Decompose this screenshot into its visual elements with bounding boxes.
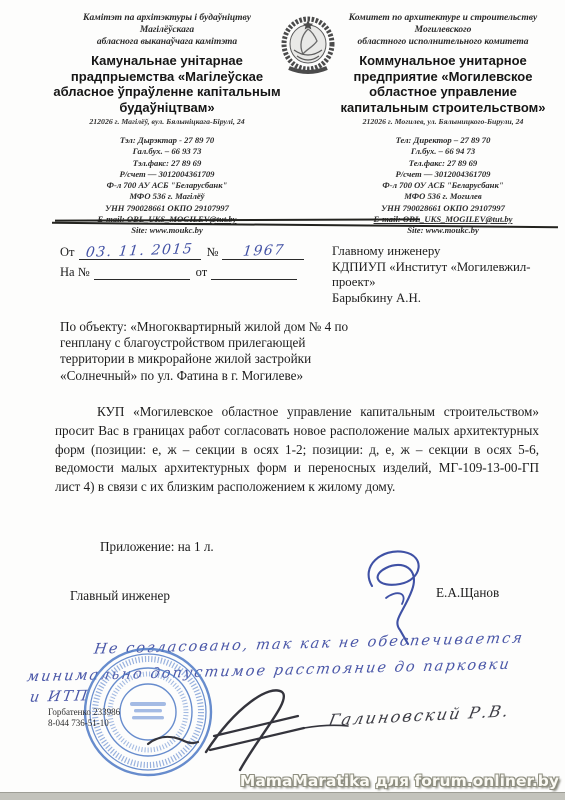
contact-line: МФО 536 г. Магілёў [52, 191, 282, 202]
forum-watermark: MamaMaratika для forum.onliner.by [240, 772, 559, 790]
contact-line: Тел: Директор – 27 89 70 [332, 135, 554, 146]
subject-paragraph: По объекту: «Многоквартирный жилой дом №… [60, 319, 350, 384]
belarus-emblem-icon [281, 16, 335, 78]
company-name-by: Камунальнае унітарнае прадпрыемства «Маг… [52, 53, 282, 115]
reply-label: На № [60, 265, 94, 280]
addressee-line: Главному инженеру [332, 244, 554, 260]
contact-line: УНН 790028661 ОКПО 29107997 [52, 203, 282, 214]
addressee-line: Барыбкину А.Н. [332, 291, 554, 307]
bottom-border-strip [0, 792, 565, 800]
signer-title: Главный инженер [70, 588, 170, 604]
contact-line: УНН 790028661 ОКПО 29107997 [332, 203, 554, 214]
addressee-block: Главному инженеру КДПИУП «Институт «Моги… [332, 244, 554, 306]
chief-engineer-signature [342, 546, 437, 646]
handwritten-number: 1967 [242, 242, 286, 259]
contact-line: Гал.бух. – 66 93 73 [52, 146, 282, 157]
site-line: Site: www.moukc.by [52, 225, 282, 236]
contacts-right: Тел: Директор – 27 89 70 Гл.бух. – 66 94… [332, 135, 554, 237]
header-right: Комитет по архитектуре и строительству М… [332, 12, 554, 237]
contact-line: Ф-л 700 ОУ АСБ "Беларусбанк" [332, 180, 554, 191]
date-field: 03. 11. 2015 [79, 241, 201, 260]
executor-block: Горбатенко 233986 8-044 736-51-10 [48, 707, 120, 729]
handwritten-date: 03. 11. 2015 [85, 241, 194, 261]
number-field: 1967 [222, 241, 304, 260]
company-address-ru: 212026 г. Могилев, ул. Бялыницкого-Бирул… [332, 117, 554, 126]
reply-date-field [211, 261, 297, 280]
resolution-note-line: и ИТП [29, 688, 91, 706]
company-name-ru: Коммунальное унитарное предприятие «Моги… [332, 53, 554, 115]
committee-line: Камітэт па архітэктуры і будаўніцтву [52, 12, 282, 24]
reference-block: От 03. 11. 2015 № 1967 На № от [60, 240, 325, 280]
addressee-line: КДПИУП «Институт «Могилевжил- [332, 260, 554, 276]
resolution-pen-signature [140, 678, 355, 783]
committee-line: областного исполнительного комитета [332, 36, 554, 48]
committee-line: Магілёўскага [52, 24, 282, 36]
number-label: № [201, 245, 223, 260]
from-label: От [60, 245, 79, 260]
committee-line: Могилевского [332, 24, 554, 36]
company-address-by: 212026 г. Магілёў, вул. Бялыніцкага-Біру… [52, 117, 282, 126]
executor-phone: 8-044 736-51-10 [48, 718, 120, 729]
attachment-line: Приложение: на 1 л. [100, 539, 214, 555]
scanned-letter-page: Камітэт па архітэктуры і будаўніцтву Маг… [0, 0, 565, 800]
reply-number-field [94, 261, 190, 280]
contact-line: Тел.факс: 27 89 69 [332, 158, 554, 169]
contact-line: Р/счет — 3012004361709 [332, 169, 554, 180]
committee-line: абласнога выканаўчага камітэта [52, 36, 282, 48]
contact-line: МФО 536 г. Могилев [332, 191, 554, 202]
reply-from-label: от [190, 265, 212, 280]
executor-name: Горбатенко 233986 [48, 707, 120, 718]
header-left: Камітэт па архітэктуры і будаўніцтву Маг… [52, 12, 282, 237]
committee-line: Комитет по архитектуре и строительству [332, 12, 554, 24]
body-paragraph: КУП «Могилевское областное управление ка… [55, 403, 539, 497]
contact-line: Тэл: Дырэктар - 27 89 70 [52, 135, 282, 146]
addressee-line: проект» [332, 275, 554, 291]
signer-name: Е.А.Щанов [436, 585, 499, 601]
contact-line: Ф-л 700 АУ АСБ "Беларусбанк" [52, 180, 282, 191]
contact-line: Тэл.факс: 27 89 69 [52, 158, 282, 169]
contact-line: Гл.бух. – 66 94 73 [332, 146, 554, 157]
contact-line: Р/счет — 3012004361709 [52, 169, 282, 180]
